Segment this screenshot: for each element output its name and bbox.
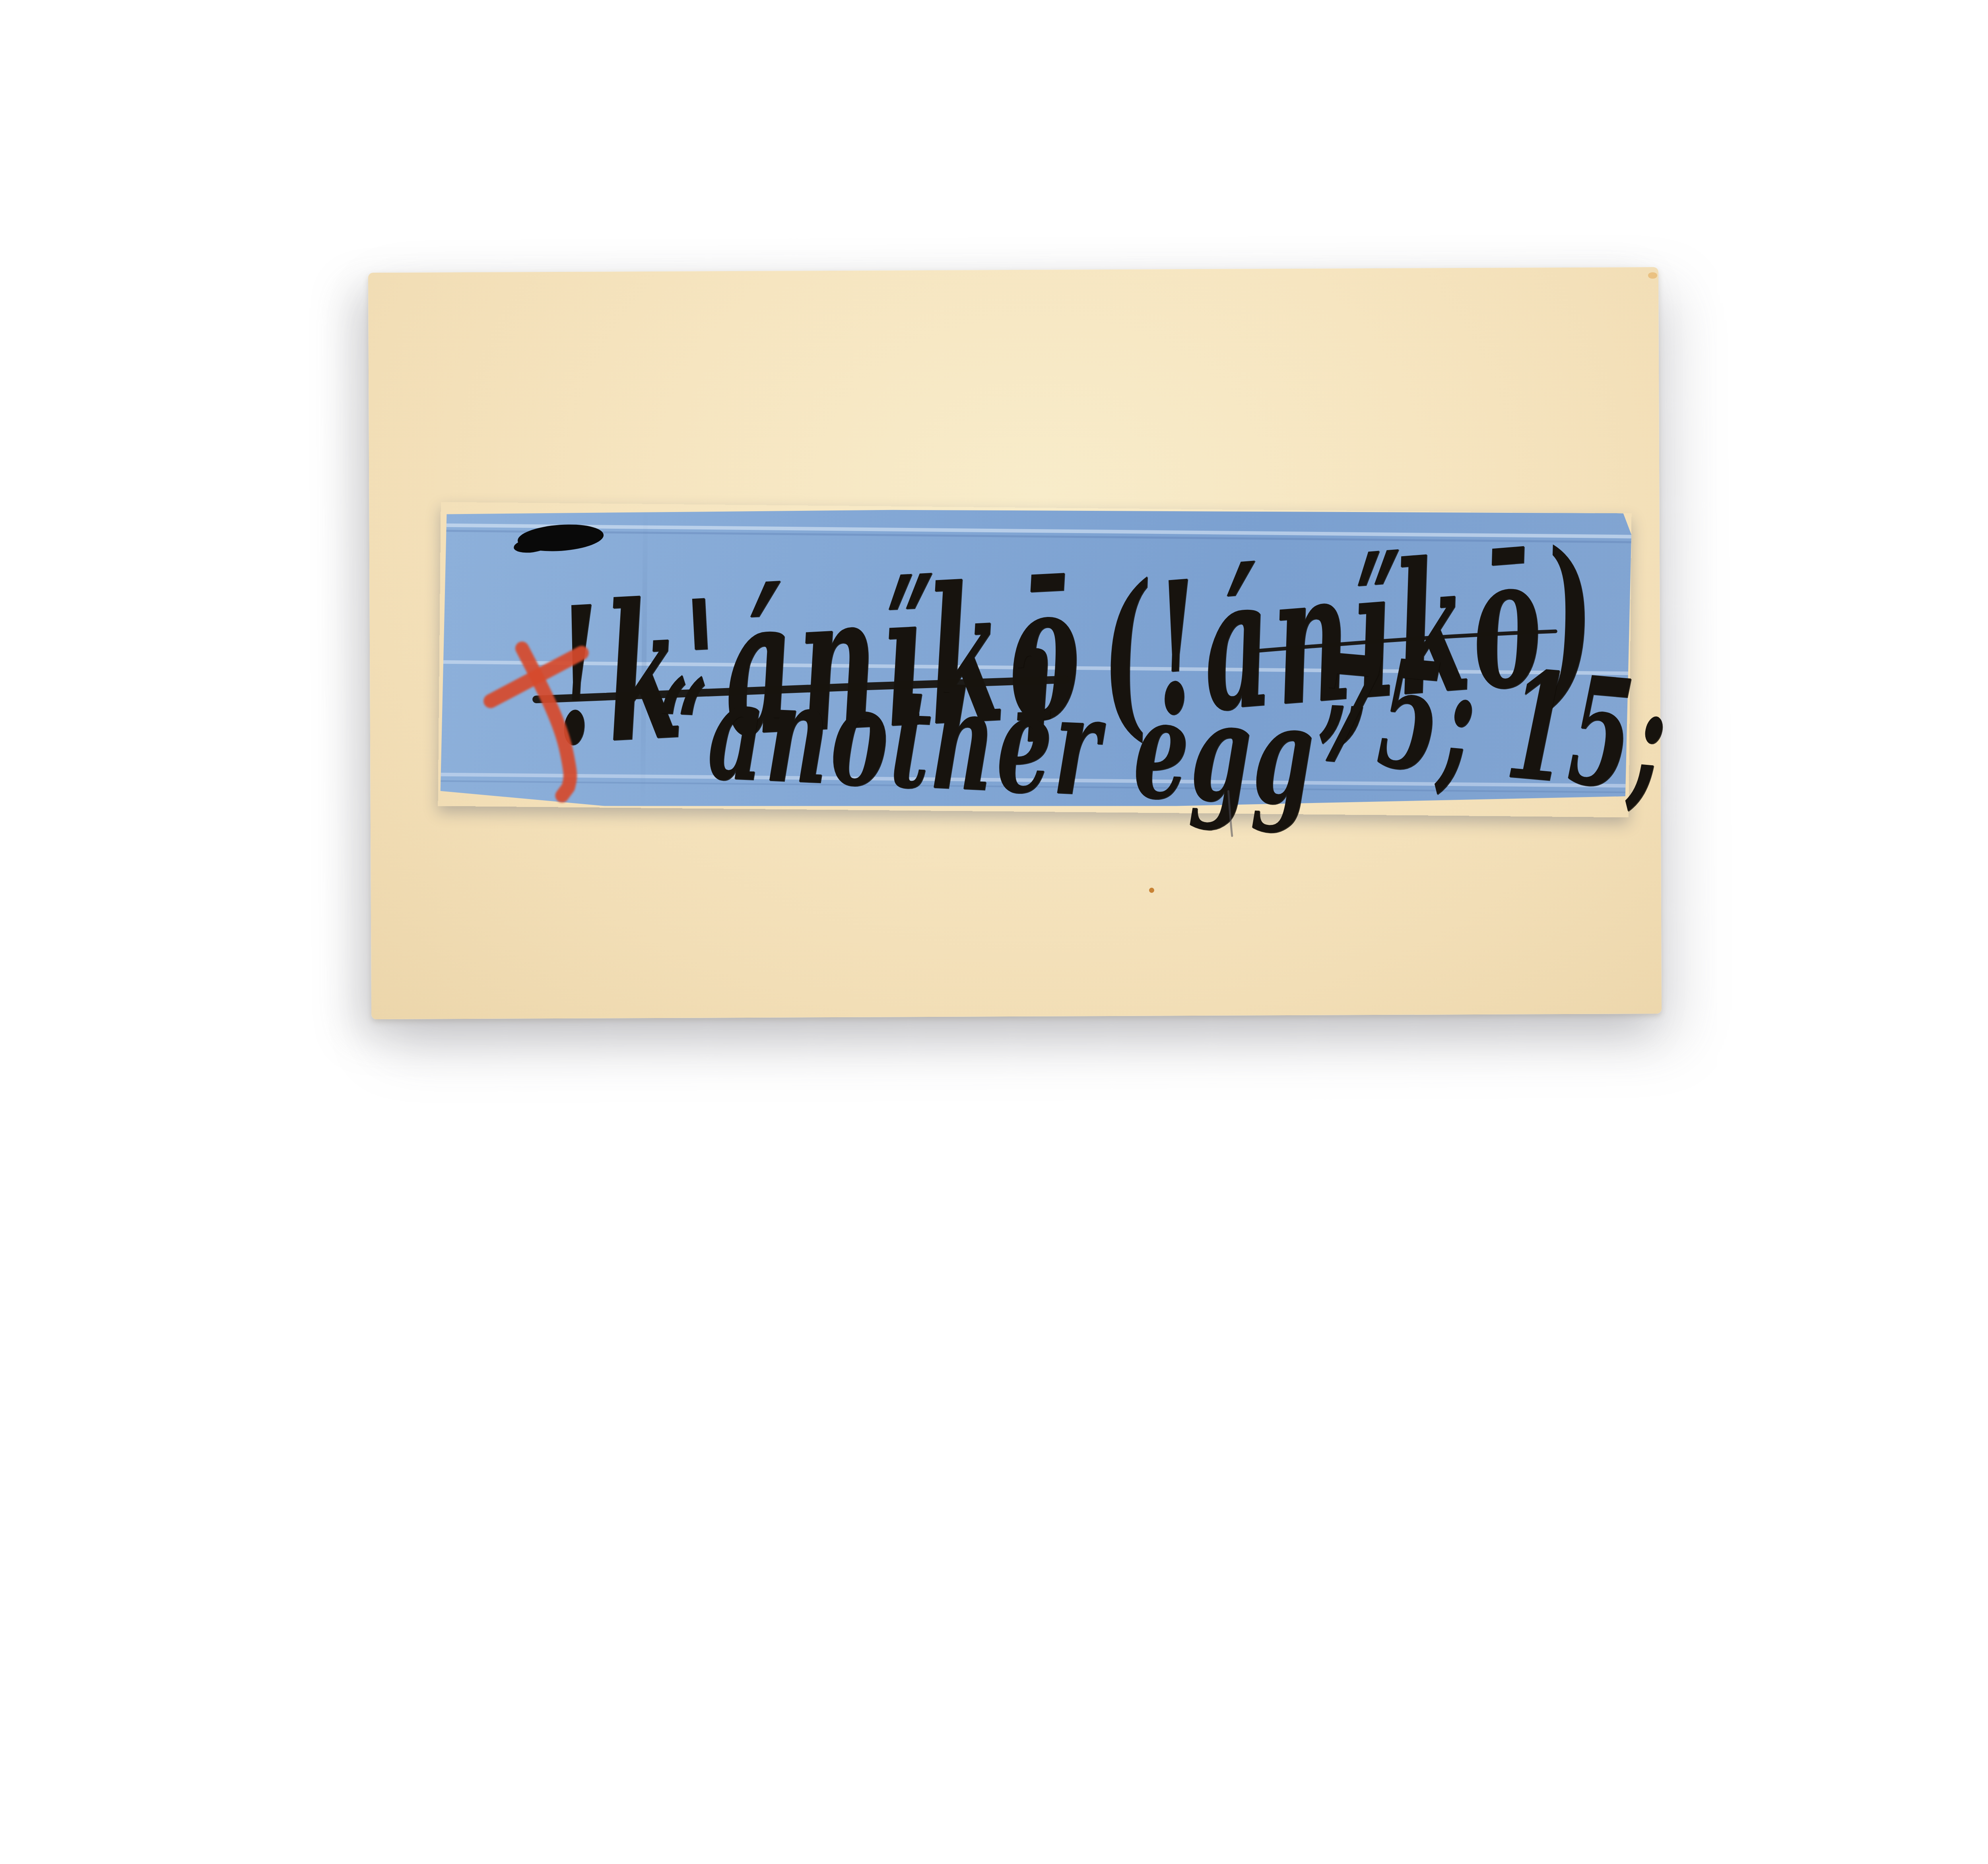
corner-stain — [1648, 272, 1657, 279]
handwritten-reference-numbers: 75; 15; — [1311, 634, 1673, 812]
orange-speck — [1149, 888, 1154, 893]
handwritten-translation: “another egg” — [654, 659, 1371, 827]
photo-background: !k'áni̋kō ʇ (!áni̋kō) “another egg” 75; … — [0, 0, 1988, 1329]
